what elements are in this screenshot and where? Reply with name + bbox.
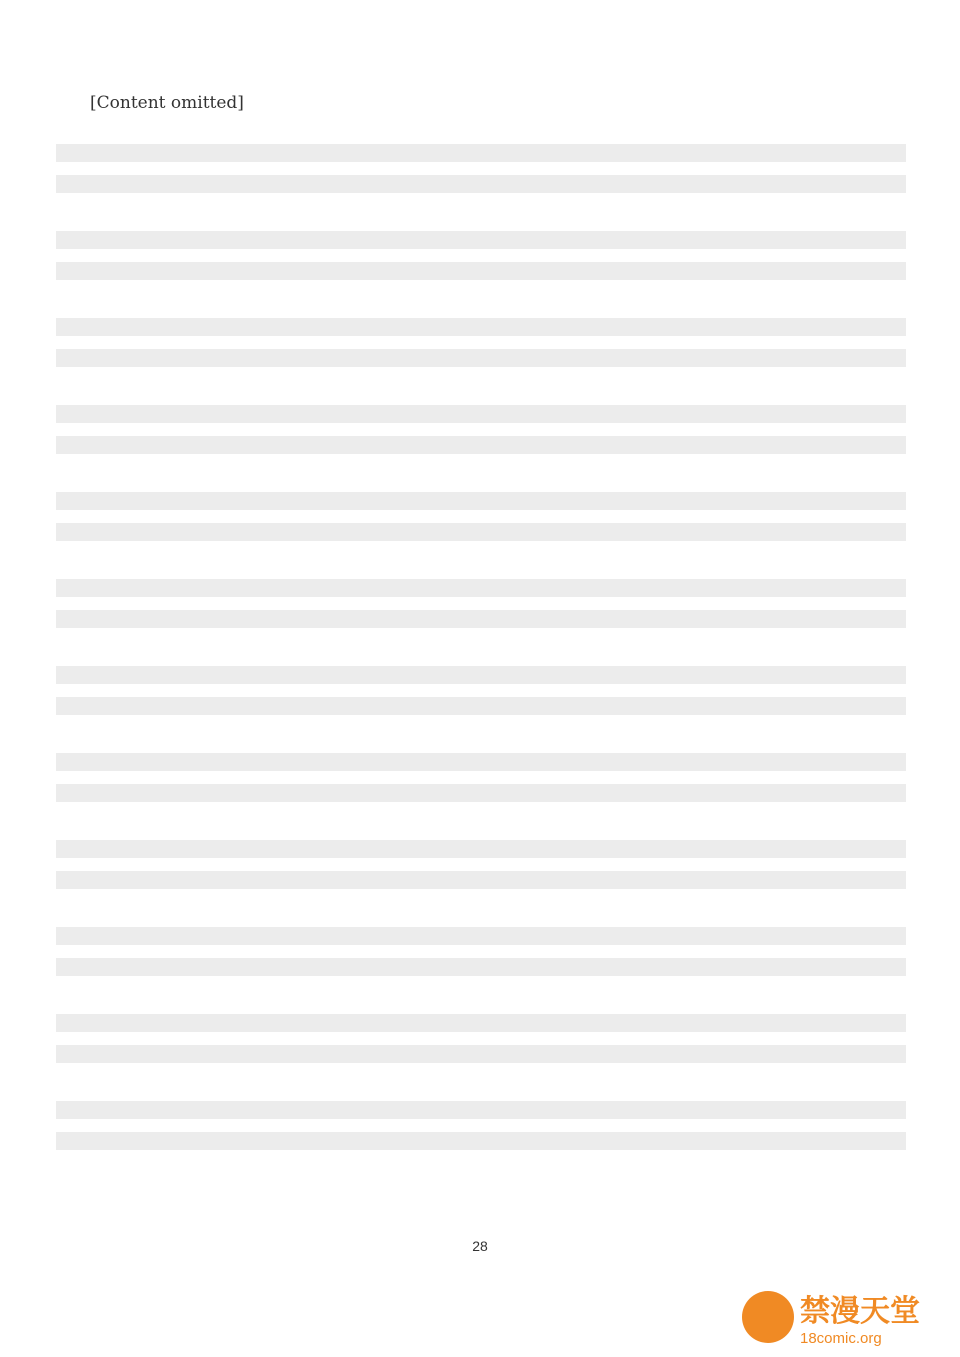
- watermark-title: 禁漫天堂: [800, 1286, 920, 1330]
- watermark-url: 18comic.org: [800, 1330, 920, 1347]
- text-placeholder: [56, 492, 906, 554]
- page-number: 28: [0, 1238, 960, 1254]
- logo-icon: [742, 1291, 794, 1343]
- text-placeholder: [56, 753, 906, 815]
- text-placeholder: [56, 405, 906, 467]
- document-body: [Content omitted]: [56, 88, 906, 1188]
- watermark: 禁漫天堂 18comic.org: [742, 1286, 920, 1347]
- text-placeholder: [56, 840, 906, 902]
- text-placeholder: [56, 666, 906, 728]
- text-placeholder: [56, 1014, 906, 1076]
- content-notice: [Content omitted]: [56, 88, 906, 119]
- text-placeholder: [56, 144, 906, 206]
- text-placeholder: [56, 231, 906, 293]
- text-placeholder: [56, 1101, 906, 1163]
- text-placeholder: [56, 579, 906, 641]
- text-placeholder: [56, 927, 906, 989]
- text-placeholder: [56, 318, 906, 380]
